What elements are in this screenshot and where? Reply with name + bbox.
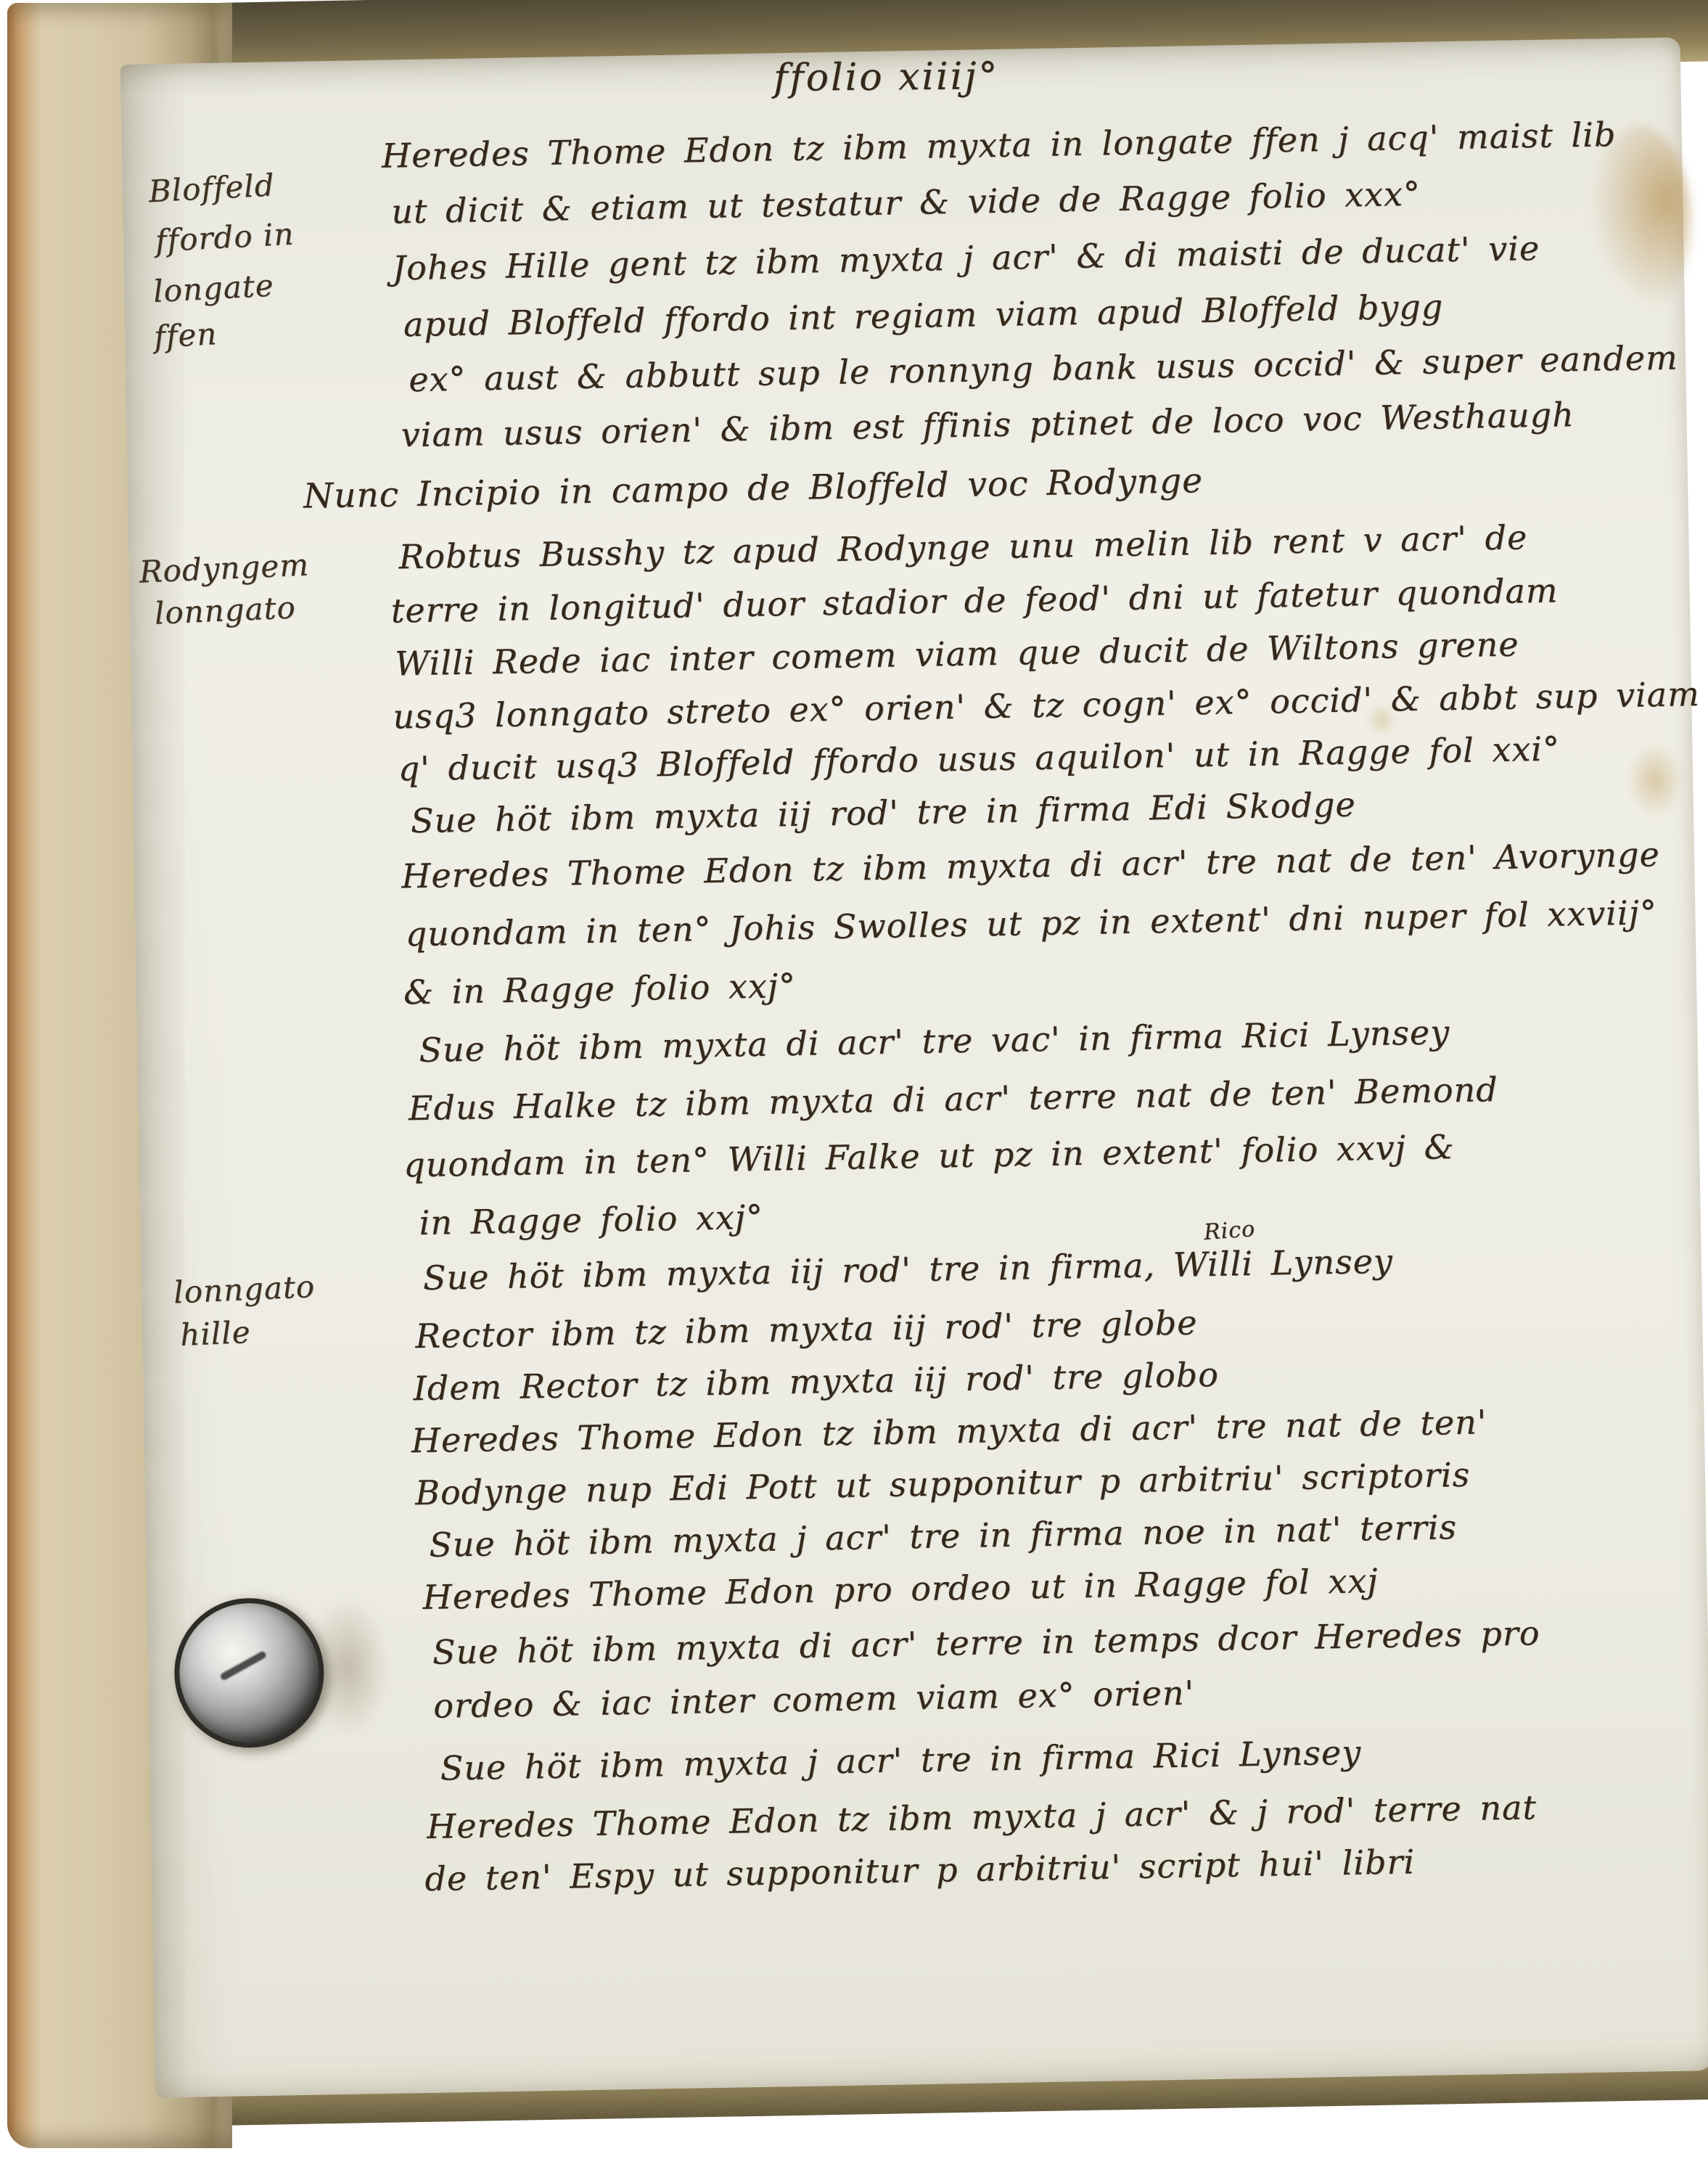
manuscript-line: ex° aust & abbutt sup le ronnyng bank us…: [408, 338, 1678, 400]
margin-note-line: Bloffeld: [148, 167, 276, 209]
manuscript-line: Rector ibm tz ibm myxta iij rod' tre glo…: [415, 1303, 1198, 1356]
interlinear-insertion: Rico: [1203, 1216, 1256, 1245]
manuscript-line: Sue höt ibm myxta di acr' tre vac' in fi…: [419, 1012, 1450, 1070]
manuscript-line: Idem Rector tz ibm myxta iij rod' tre gl…: [413, 1355, 1219, 1408]
manuscript-line: terre in longitud' duor stadior de feod'…: [390, 571, 1558, 631]
manuscript-line: Sue höt ibm myxta iij rod' tre in firma,…: [422, 1242, 1393, 1298]
section-header-line: Nunc Incipio in campo de Bloffeld voc Ro…: [303, 461, 1204, 517]
ink-stain: [1625, 740, 1685, 821]
manuscript-line: ut dicit & etiam ut testatur & vide de R…: [391, 174, 1421, 232]
manuscript-line: apud Bloffeld ffordo int regiam viam apu…: [403, 287, 1444, 344]
manuscript-line: Heredes Thome Edon pro ordeo ut in Ragge…: [422, 1561, 1379, 1617]
manuscript-line: ordeo & iac inter comem viam ex° orien': [433, 1673, 1195, 1725]
folio-number: ffolio xiiij°: [773, 54, 1000, 100]
manuscript-line: q' ducit usq3 Bloffeld ffordo usus aquil…: [398, 729, 1560, 788]
manuscript-line: Sue höt ibm myxta di acr' terre in temps…: [432, 1613, 1540, 1672]
manuscript-line: Heredes Thome Edon tz ibm myxta j acr' &…: [427, 1787, 1537, 1846]
manuscript-line: de ten' Espy ut supponitur p arbitriu' s…: [424, 1842, 1416, 1898]
manuscript-line: Johes Hille gent tz ibm myxta j acr' & d…: [392, 229, 1540, 288]
manuscript-line: Sue höt ibm myxta j acr' tre in firma no…: [429, 1507, 1458, 1565]
margin-note-line: longate: [152, 267, 275, 309]
margin-note-line: ffordo in: [155, 216, 295, 259]
metal-boss-stud: [173, 1597, 326, 1749]
margin-note-line: ffen: [153, 316, 218, 354]
manuscript-line: Heredes Thome Edon tz ibm myxta in longa…: [381, 115, 1616, 176]
manuscript-page: ffolio xiiij° Bloffeld ffordo in longate…: [120, 37, 1708, 2097]
manuscript-line: Sue höt ibm myxta iij rod' tre in firma …: [410, 784, 1356, 840]
manuscript-line: Heredes Thome Edon tz ibm myxta di acr' …: [411, 1402, 1487, 1460]
manuscript-line: quondam in ten° Johis Swolles ut pz in e…: [405, 893, 1657, 954]
manuscript-line: Willi Rede iac inter comem viam que duci…: [395, 624, 1519, 683]
margin-note-line: Rodyngem: [139, 546, 310, 589]
manuscript-line: quondam in ten° Willi Falke ut pz in ext…: [403, 1127, 1455, 1184]
manuscript-line: Robtus Busshy tz apud Rodynge unu melin …: [398, 517, 1527, 576]
manuscript-line: usq3 lonngato streto ex° orien' & tz cog…: [393, 674, 1700, 736]
manuscript-line: viam usus orien' & ibm est ffinis ptinet…: [401, 395, 1574, 454]
margin-note-line: hille: [179, 1314, 251, 1353]
manuscript-line: Heredes Thome Edon tz ibm myxta di acr' …: [401, 835, 1660, 896]
manuscript-line: in Ragge folio xxj°: [419, 1197, 763, 1242]
manuscript-line: Sue höt ibm myxta j acr' tre in firma Ri…: [440, 1732, 1361, 1787]
manuscript-line: & in Ragge folio xxj°: [403, 966, 797, 1012]
manuscript-line: Edus Halke tz ibm myxta di acr' terre na…: [408, 1070, 1498, 1128]
margin-note-line: lonngato: [154, 589, 297, 631]
margin-note-line: lonngato: [173, 1269, 316, 1310]
manuscript-line: Bodynge nup Edi Pott ut supponitur p arb…: [415, 1455, 1471, 1512]
manuscript-photo: ffolio xiiij° Bloffeld ffordo in longate…: [0, 0, 1708, 2159]
